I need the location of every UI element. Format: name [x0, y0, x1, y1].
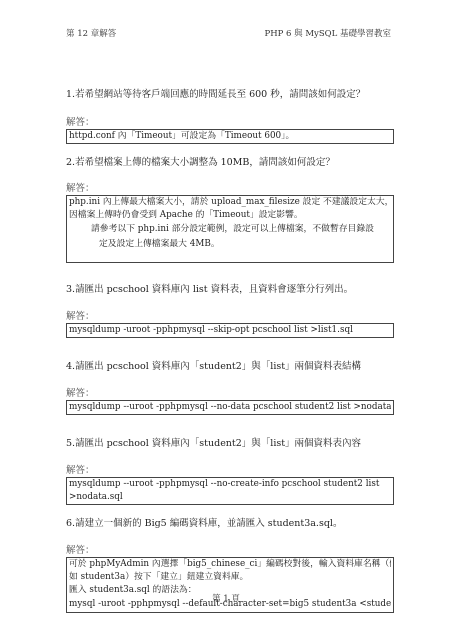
question-5: 5.請匯出 pcschool 資料庫內「student2」與「list」兩個資料…	[66, 437, 394, 450]
answer-label-5: 解答：	[66, 464, 394, 477]
question-3: 3.請匯出 pcschool 資料庫內 list 資料表，且資料會逐筆分行列出。	[66, 283, 394, 296]
answer-2-line-2: 因檔案上傳時仍會受到 Apache 的「Timeout」設定影響。	[69, 209, 391, 222]
answer-4-line-1: mysqldump --uroot -pphpmysql --no-data p…	[69, 401, 391, 414]
answer-3-line-1: mysqldump -uroot -pphpmysql --skip-opt p…	[69, 324, 391, 337]
answer-box-3: mysqldump -uroot -pphpmysql --skip-opt p…	[66, 323, 394, 338]
answer-6-line-1: 可於 phpMyAdmin 內選擇「big5_chinese_ci」編碼校對後，…	[69, 558, 391, 571]
page-header: 第 12 章解答 PHP 6 與 MySQL 基礎學習教室	[66, 27, 391, 39]
answer-label-3: 解答：	[66, 310, 394, 323]
answer-box-4: mysqldump --uroot -pphpmysql --no-data p…	[66, 400, 394, 415]
answer-2-line-4: 定及設定上傳檔案最大 4MB。	[69, 237, 391, 252]
answer-2-line-3: 請參考以下 php.ini 部分設定範例，設定可以上傳檔案，不做暫存目錄設	[69, 222, 391, 237]
answer-6-line-2: 如 student3a）按下「建立」鈕建立資料庫。	[69, 571, 391, 584]
question-2: 2.若希望檔案上傳的檔案大小調整為 10MB，請問該如何設定？	[66, 156, 394, 169]
answer-5-line-1: mysqldump --uroot -pphpmysql --no-create…	[69, 478, 391, 491]
page-number: 第 1 頁	[212, 594, 240, 604]
answer-label-1: 解答：	[66, 116, 394, 129]
document-body: 1.若希望網站等待客戶端回應的時間延長至 600 秒，請問該如何設定？ 解答： …	[66, 60, 394, 613]
answer-label-4: 解答：	[66, 387, 394, 400]
answer-5-line-2: >nodata.sql	[69, 491, 391, 504]
answer-box-2: php.ini 內上傳最大檔案大小，請於 upload_max_filesize…	[66, 195, 394, 263]
answer-box-5: mysqldump --uroot -pphpmysql --no-create…	[66, 477, 394, 505]
question-6: 6.請建立一個新的 Big5 編碼資料庫，並請匯入 student3a.sql。	[66, 517, 394, 530]
answer-1-line-1: httpd.conf 內「Timeout」可設定為「Timeout 600」。	[69, 130, 391, 143]
answer-label-2: 解答：	[66, 182, 394, 195]
answer-box-1: httpd.conf 內「Timeout」可設定為「Timeout 600」。	[66, 129, 394, 144]
answer-2-line-1: php.ini 內上傳最大檔案大小，請於 upload_max_filesize…	[69, 196, 391, 209]
answer-box-6: 可於 phpMyAdmin 內選擇「big5_chinese_ci」編碼校對後，…	[66, 557, 394, 613]
question-4: 4.請匯出 pcschool 資料庫內「student2」與「list」兩個資料…	[66, 360, 394, 373]
answer-label-6: 解答：	[66, 544, 394, 557]
chapter-title: 第 12 章解答	[66, 27, 116, 39]
book-title: PHP 6 與 MySQL 基礎學習教室	[264, 27, 391, 39]
page-footer: 第 1 頁	[0, 592, 452, 604]
question-1: 1.若希望網站等待客戶端回應的時間延長至 600 秒，請問該如何設定？	[66, 88, 394, 101]
